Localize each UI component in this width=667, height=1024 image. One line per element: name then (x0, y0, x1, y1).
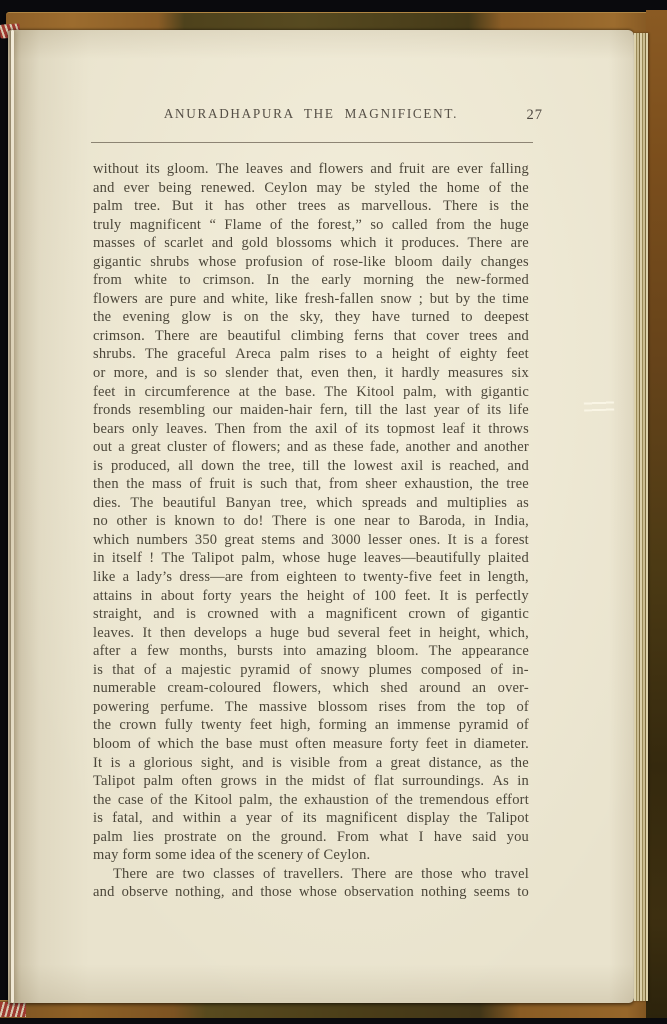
book-page-surface: ANURADHAPURA THE MAGNIFICENT. 27 without… (8, 30, 634, 1003)
page-number: 27 (527, 107, 544, 124)
page-text-line: leaves.Itthendevelopsahugebudseveralfeet… (93, 624, 529, 643)
book-cover-right-edge (646, 10, 667, 1018)
page-text-line: trulymagnificent“Flameoftheforest,”socal… (93, 216, 529, 235)
page-text-line: palmliesprostrateontheground.FromwhatIha… (93, 828, 529, 847)
page-text-line: andeverbeingrenewed.Ceylonmaybestyledthe… (93, 179, 529, 198)
scratch-mark (584, 399, 614, 411)
page-text-line: isfatal,andwithinayearofitsmagnificentdi… (93, 809, 529, 828)
page-text-line: whichnumbers350greatstemsand3000lesseron… (93, 531, 529, 550)
header-rule (91, 142, 533, 143)
running-title: ANURADHAPURA THE MAGNIFICENT. (93, 106, 529, 122)
page-text-line: thecaseoftheKitoolpalm,theexhaustionofth… (93, 791, 529, 810)
page-text-line: nootherisknowntodo!ThereisoneneartoBarod… (93, 512, 529, 531)
page-text-line: withoutitsgloom.Theleavesandflowersandfr… (93, 160, 529, 179)
page-text-line: afterafewmonths,burstsintoamazingbloom.T… (93, 642, 529, 661)
page-text-line: bearsonlyleaves.Thenfromtheaxilofitstopm… (93, 420, 529, 439)
page-text-line: giganticshrubswhoseprofusionofrose-likeb… (93, 253, 529, 272)
page-text-line: theeveningglowisonthesky,theyhaveturnedt… (93, 308, 529, 327)
page-text-line: ormore,andissoslenderthat,eventhen,ithar… (93, 364, 529, 383)
page-text-line: Therearetwoclassesoftravellers.Therearet… (93, 865, 529, 884)
page-text-line: massesofscarletandgoldblossomswhichitpro… (93, 234, 529, 253)
page-text-line: feetincircumferenceatthebase.TheKitoolpa… (93, 383, 529, 402)
page-text-line: andobservenothing,andthosewhoseobservati… (93, 883, 529, 902)
page-text-line: outagreatclusterofflowers;andasthesefade… (93, 438, 529, 457)
page-text-line: likealady’sdress—arefromeighteentotwenty… (93, 568, 529, 587)
scanned-book-page: { "palette": { "background": "#0a0a0d", … (0, 0, 667, 1024)
page-text-line: shrubs.ThegracefulArecapalmrisestoaheigh… (93, 345, 529, 364)
page-text-line: numerablecream-colouredflowers,whichshed… (93, 679, 529, 698)
page-text-line: Itisaglorioussight,andisvisiblefromagrea… (93, 754, 529, 773)
page-text-line: poweringperfume.Themassiveblossomrisesfr… (93, 698, 529, 717)
page-text-line: thecrownfullytwentyfeethigh,forminganimm… (93, 716, 529, 735)
page-text-line: crimson.Therearebeautifulclimbingfernsth… (93, 327, 529, 346)
page-text-line: flowersarepureandwhite,likefresh-fallens… (93, 290, 529, 309)
page-text-line: bloomofwhichthebasemustoftenmeasureforty… (93, 735, 529, 754)
page-text-line: Talipotpalmoftengrowsinthemidstofflatsur… (93, 772, 529, 791)
page-text-line: frondsresemblingourmaiden-hairfern,tillt… (93, 401, 529, 420)
page-text-line: fromwhitetocrimson.Intheearlymorningthen… (93, 271, 529, 290)
page-text-line: isthatofamajesticpyramidofsnowyplumescom… (93, 661, 529, 680)
page-text-line: palmtree.Butithasothertreesasmarvellous.… (93, 197, 529, 216)
page-header: ANURADHAPURA THE MAGNIFICENT. 27 (93, 106, 529, 124)
page-text-line: thenthemassoffruitissuchthat,fromsheerex… (93, 475, 529, 494)
book-headband-bottom (0, 1002, 26, 1017)
page-edge-stack (634, 33, 648, 1001)
page-text-line: straight,andiscrownedwithamagnificentcro… (93, 605, 529, 624)
page-text-line: initself!TheTalipotpalm,whosehugeleaves—… (93, 549, 529, 568)
page-text-line: dies.ThebeautifulBanyantree,whichspreads… (93, 494, 529, 513)
page-text-line: isproduced,alldownthetree,tillthelowesta… (93, 457, 529, 476)
page-text-line: attainsinaboutfortyyearstheheightof100fe… (93, 587, 529, 606)
page-gutter-crease (11, 30, 14, 1003)
page-text-line: may form some idea of the scenery of Cey… (93, 846, 529, 865)
page-text: withoutitsgloom.Theleavesandflowersandfr… (93, 160, 529, 902)
